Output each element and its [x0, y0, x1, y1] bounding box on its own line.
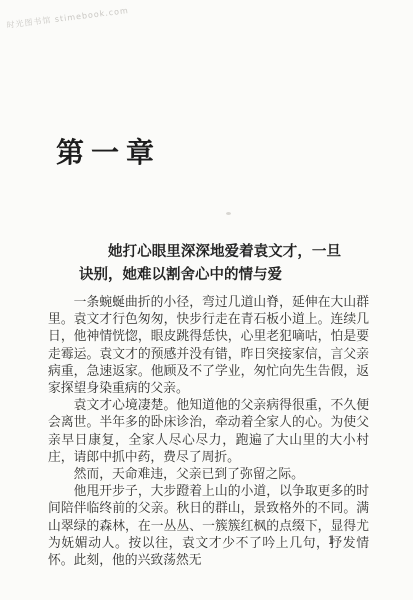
library-watermark: 时光图书馆 stimebook.com	[6, 5, 129, 31]
chapter-subtitle: 她打心眼里深深地爱着袁文才，一旦诀别，她难以割舍心中的情与爱	[79, 240, 341, 286]
paragraph-1: 一条蜿蜒曲折的小径，弯过几道山脊，延伸在大山群里。袁文才行色匆匆，快步行走在青石…	[48, 294, 369, 397]
page-number: · 1 ·	[308, 533, 358, 547]
paragraph-2: 袁文才心境凄楚。他知道他的父亲病得很重，不久便会离世。半年多的卧床诊治，牵动着全…	[48, 397, 369, 466]
print-artifact	[226, 212, 231, 215]
paragraph-4: 他甩开步子，大步蹬着上山的小道，以争取更多的时间陪伴临终前的父亲。秋日的群山，景…	[48, 483, 369, 569]
body-text: 一条蜿蜒曲折的小径，弯过几道山脊，延伸在大山群里。袁文才行色匆匆，快步行走在青石…	[48, 294, 369, 569]
paragraph-3: 然而，天命难违，父亲已到了弥留之际。	[48, 466, 369, 483]
chapter-title: 第一章	[56, 131, 161, 171]
book-page: 时光图书馆 stimebook.com 第一章 她打心眼里深深地爱着袁文才，一旦…	[0, 0, 413, 600]
